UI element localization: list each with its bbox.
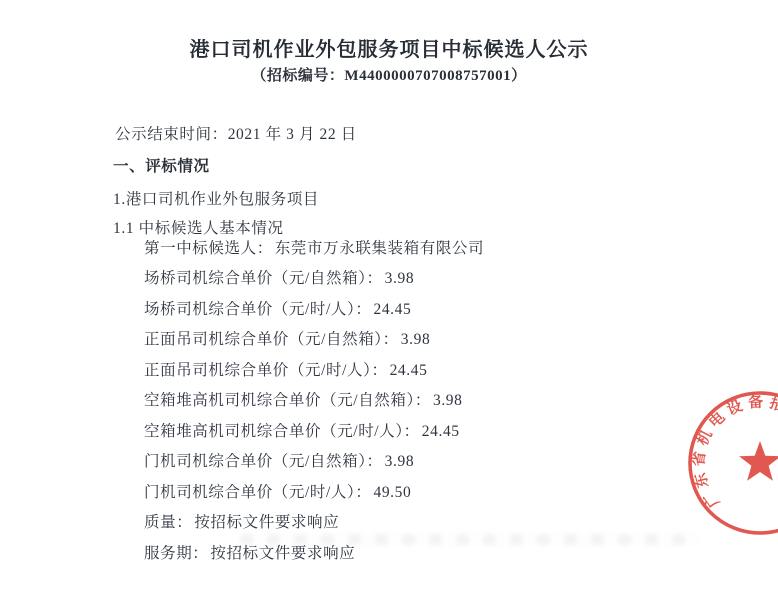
detail-label: 门机司机综合单价（元/自然箱）：: [144, 453, 383, 470]
detail-line-gantry-crane-per-hour: 门机司机综合单价（元/时/人）：49.50: [144, 478, 484, 508]
scanned-notice-page: 港口司机作业外包服务项目中标候选人公示 （招标编号：M4400000707008…: [0, 0, 778, 590]
detail-label: 正面吊司机综合单价（元/时/人）：: [144, 362, 388, 379]
detail-label: 第一中标候选人：: [144, 240, 273, 257]
tender-number-line: （招标编号：M4400000707008757001）: [0, 64, 778, 85]
detail-line-first-candidate: 第一中标候选人：东莞市万永联集装箱有限公司: [144, 234, 484, 264]
seal-ring: [690, 393, 778, 533]
detail-label: 质量：: [144, 514, 192, 531]
detail-line-empty-stacker-per-hour: 空箱堆高机司机综合单价（元/时/人）：24.45: [144, 417, 484, 447]
detail-line-yard-crane-per-hour: 场桥司机综合单价（元/时/人）：24.45: [144, 295, 484, 325]
detail-label: 场桥司机综合单价（元/时/人）：: [144, 301, 371, 318]
detail-value: 东莞市万永联集装箱有限公司: [275, 240, 484, 257]
detail-label: 场桥司机综合单价（元/自然箱）：: [144, 270, 383, 287]
detail-line-yard-crane-per-box: 场桥司机综合单价（元/自然箱）：3.98: [144, 264, 484, 294]
detail-value: 49.50: [373, 484, 411, 501]
detail-value: 按招标文件要求响应: [210, 545, 355, 562]
detail-line-gantry-crane-per-box: 门机司机综合单价（元/自然箱）：3.98: [144, 447, 484, 477]
publicity-end-date: 公示结束时间：2021 年 3 月 22 日: [115, 122, 357, 144]
detail-value: 24.45: [390, 362, 428, 379]
seal-star-icon: [739, 441, 778, 481]
subsection-project-name: 1.港口司机作业外包服务项目: [113, 187, 319, 209]
detail-value: 3.98: [385, 270, 415, 287]
detail-label: 正面吊司机综合单价（元/自然箱）：: [144, 331, 399, 348]
scan-smudge-artifact: [240, 534, 700, 545]
page-title: 港口司机作业外包服务项目中标候选人公示: [0, 33, 778, 62]
detail-line-reach-stacker-per-box: 正面吊司机综合单价（元/自然箱）：3.98: [144, 325, 484, 355]
candidate-detail-list: 第一中标候选人：东莞市万永联集装箱有限公司 场桥司机综合单价（元/自然箱）：3.…: [144, 234, 484, 569]
detail-value: 24.45: [373, 301, 411, 318]
detail-value: 3.98: [385, 453, 415, 470]
detail-label: 服务期：: [144, 545, 208, 562]
detail-value: 24.45: [422, 423, 460, 440]
detail-label: 门机司机综合单价（元/时/人）：: [144, 484, 371, 501]
seal-arc-text: 广东省机电设备招: [690, 393, 778, 511]
detail-line-empty-stacker-per-box: 空箱堆高机司机综合单价（元/自然箱）：3.98: [144, 386, 484, 416]
detail-value: 3.98: [433, 392, 463, 409]
section-heading-evaluation: 一、评标情况: [113, 154, 210, 176]
detail-line-reach-stacker-per-hour: 正面吊司机综合单价（元/时/人）：24.45: [144, 356, 484, 386]
detail-value: 按招标文件要求响应: [194, 514, 339, 531]
detail-label: 空箱堆高机司机综合单价（元/自然箱）：: [144, 392, 431, 409]
detail-value: 3.98: [401, 331, 431, 348]
detail-label: 空箱堆高机司机综合单价（元/时/人）：: [144, 423, 420, 440]
